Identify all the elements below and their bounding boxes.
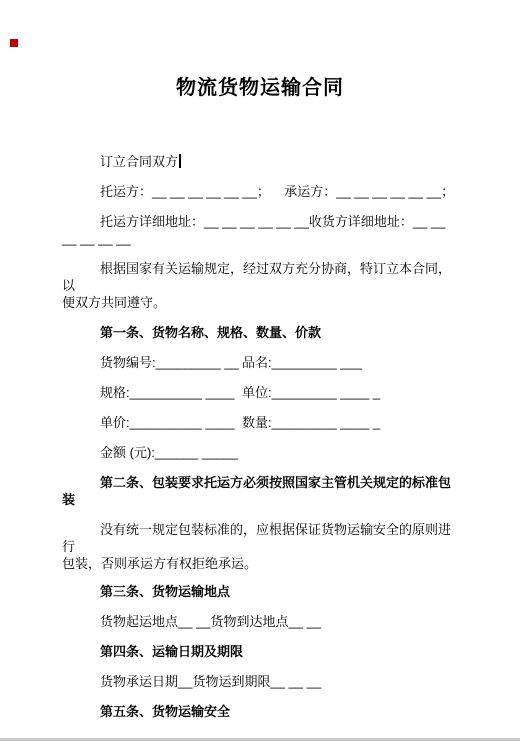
address-line: 托运方详细地址：__ __ __ __ __ __收货方详细地址：__ __ _… (62, 213, 460, 247)
parties-line: 托运方：__ __ __ __ __ __； 承运方：__ __ __ __ _… (62, 183, 460, 200)
document-page: 物流货物运输合同 订立合同双方 托运方：__ __ __ __ __ __； 承… (0, 0, 520, 741)
field-amount: 金额 (元):______ _____ (100, 444, 460, 461)
field-row-price-quantity: 单价:__________ ____ 数量:_________ ____ _ (100, 414, 460, 431)
intro-line: 订立合同双方 (62, 153, 460, 170)
field-row-spec-unit: 规格:__________ ____ 单位:_________ ____ _ (100, 384, 460, 401)
article4-heading: 第四条、运输日期及期限 (62, 643, 460, 660)
field-spec: 规格:__________ ____ (100, 384, 242, 401)
preamble-paragraph: 根据国家有关运输规定，经过双方充分协商，特订立本合同，以 便双方共同遵守。 (62, 260, 460, 311)
intro-line-text: 订立合同双方 (100, 154, 178, 169)
document-title: 物流货物运输合同 (0, 75, 520, 101)
field-row-number-name: 货物编号:_________ __ 品名:_________ ___ (100, 354, 460, 371)
field-product-name: 品名:_________ ___ (242, 354, 460, 371)
field-unit: 单位:_________ ____ _ (242, 384, 460, 401)
field-cargo-number: 货物编号:_________ __ (100, 354, 242, 371)
text-cursor[interactable] (179, 154, 181, 168)
field-unit-price: 单价:__________ ____ (100, 414, 242, 431)
article1-heading: 第一条、货物名称、规格、数量、价款 (62, 324, 460, 341)
article3-body: 货物起运地点__ __货物到达地点__ __ (62, 613, 460, 630)
article2-body: 没有统一规定包装标准的，应根据保证货物运输安全的原则进行 包装，否则承运方有权拒… (62, 521, 460, 572)
field-quantity: 数量:_________ ____ _ (242, 414, 460, 431)
article4-body: 货物承运日期__货物运到期限__ __ __ (62, 673, 460, 690)
article5-heading: 第五条、货物运输安全 (62, 703, 460, 720)
document-content: 物流货物运输合同 订立合同双方 托运方：__ __ __ __ __ __； 承… (0, 0, 520, 733)
article3-heading: 第三条、货物运输地点 (62, 583, 460, 600)
article2-heading: 第二条、包装要求托运方必须按照国家主管机关规定的标准包装 (62, 474, 460, 508)
